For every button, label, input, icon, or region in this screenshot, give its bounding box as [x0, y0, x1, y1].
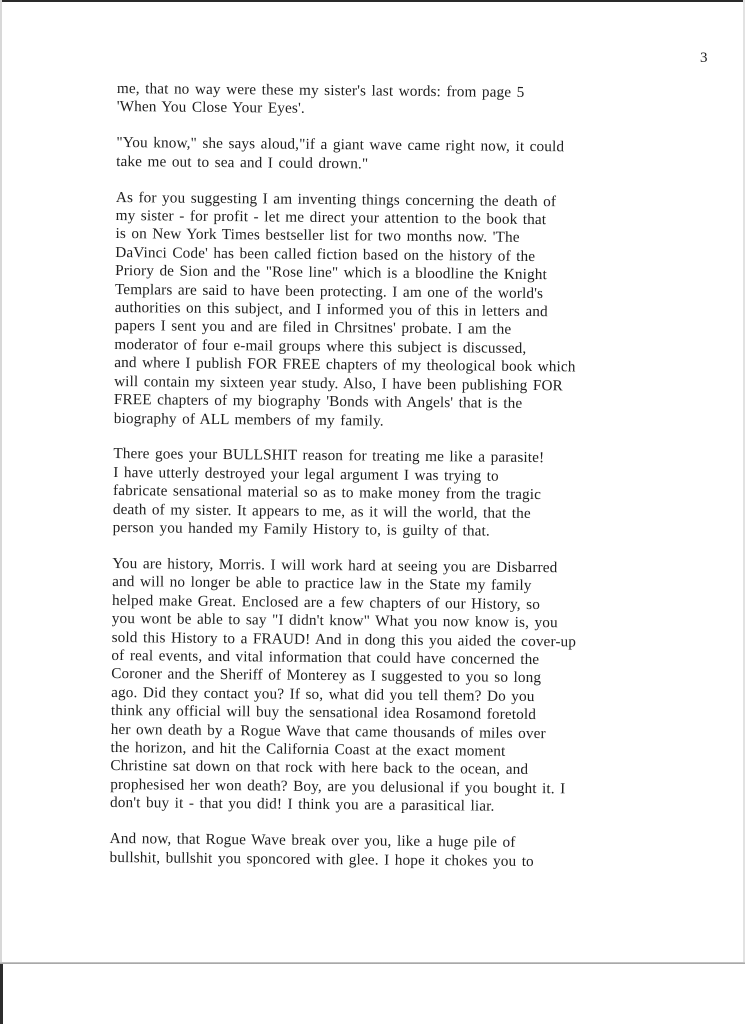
text-line: take me out to sea and I could drown.": [116, 153, 646, 176]
page-number: 3: [700, 50, 708, 67]
scan-left-edge: [0, 0, 2, 963]
letter-body: me, that no way were these my sister's l…: [109, 80, 647, 889]
paragraph: You are history, Morris. I will work har…: [110, 555, 642, 818]
paragraph: As for you suggesting I am inventing thi…: [114, 189, 646, 433]
scan-top-edge: [0, 0, 745, 2]
page-bottom-edge: [0, 962, 745, 964]
scan-left-edge-lower: [0, 964, 3, 1024]
paragraph: And now, that Rogue Wave break over you,…: [109, 830, 639, 872]
text-line: biography of ALL members of my family.: [114, 409, 644, 432]
paragraph: me, that no way were these my sister's l…: [117, 80, 647, 122]
paragraph: There goes your BULLSHIT reason for trea…: [113, 445, 644, 542]
text-line: person you handed my Family History to, …: [113, 519, 643, 542]
text-line: 'When You Close Your Eyes'.: [117, 98, 647, 121]
paragraph: "You know," she says aloud,"if a giant w…: [116, 134, 646, 176]
text-line: bullshit, bullshit you sponcored with gl…: [109, 848, 639, 871]
